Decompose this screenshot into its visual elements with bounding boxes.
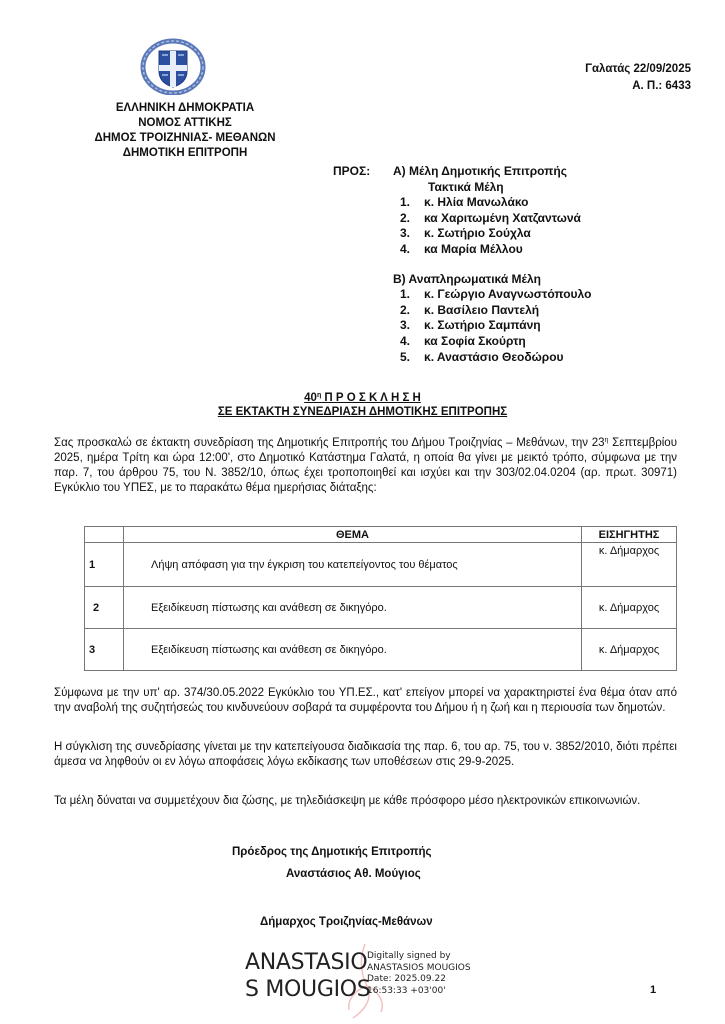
issuer-line: ΔΗΜΟΤΙΚΗ ΕΠΙΤΡΟΠΗ (82, 146, 288, 161)
group-a-title: Α) Μέλη Δημοτικής Επιτροπής (393, 164, 591, 180)
table-row: 3 Εξειδίκευση πίστωσης και ανάθεση σε δι… (85, 629, 677, 671)
digital-signature-info[interactable]: Digitally signed by ANASTASIOS MOUGIOS D… (367, 951, 471, 997)
table-row: 1 Λήψη απόφαση για την έγκριση του κατεπ… (85, 543, 677, 587)
body-paragraph: Η σύγκλιση της συνεδρίασης γίνεται με τη… (54, 740, 677, 770)
page-number: 1 (650, 984, 656, 996)
list-item: 2.κα Χαριτωμένη Χατζαντωνά (393, 211, 591, 227)
issuer-line: ΔΗΜΟΣ ΤΡΟΙΖΗΝΙΑΣ- ΜΕΘΑΝΩΝ (82, 131, 288, 146)
list-item: 1.κ. Γεώργιο Αναγνωστόπουλο (393, 287, 591, 303)
issuer-block: ΕΛΛΗΝΙΚΗ ΔΗΜΟΚΡΑΤΙΑ ΝΟΜΟΣ ΑΤΤΙΚΗΣ ΔΗΜΟΣ … (82, 101, 288, 161)
body-paragraph: Τα μέλη δύναται να συμμετέχουν δια ζώσης… (54, 794, 677, 809)
signatory-role: Πρόεδρος της Δημοτικής Επιτροπής (232, 846, 432, 858)
signatory-name: Αναστάσιος Αθ. Μούγιος (286, 868, 421, 880)
issuer-line: ΕΛΛΗΝΙΚΗ ΔΗΜΟΚΡΑΤΙΑ (82, 101, 288, 116)
document-title: 40η Π Ρ Ο Σ Κ Λ Η Σ Η ΣΕ ΕΚΤΑΚΤΗ ΣΥΝΕΔΡΙ… (0, 391, 725, 419)
recipients-label: ΠΡΟΣ: (333, 164, 370, 178)
issuer-line: ΝΟΜΟΣ ΑΤΤΙΚΗΣ (82, 116, 288, 131)
body-paragraph: Σύμφωνα με την υπ' αρ. 374/30.05.2022 Εγ… (54, 686, 677, 716)
list-item: 1.κ. Ηλία Μανωλάκο (393, 195, 591, 211)
group-a-subtitle: Τακτικά Μέλη (393, 180, 591, 196)
agenda-table: ΘΕΜΑ ΕΙΣΗΓΗΤΗΣ 1 Λήψη απόφαση για την έγ… (84, 526, 677, 671)
list-item: 5.κ. Αναστάσιο Θεοδώρου (393, 350, 591, 366)
recipients-list: Α) Μέλη Δημοτικής Επιτροπής Τακτικά Μέλη… (393, 164, 591, 365)
list-item: 4.κα Σοφία Σκούρτη (393, 334, 591, 350)
list-item: 3.κ. Σωτήριο Σαμπάνη (393, 318, 591, 334)
protocol-number: Α. Π.: 6433 (585, 78, 691, 95)
table-row: 2 Εξειδίκευση πίστωσης και ανάθεση σε δι… (85, 587, 677, 629)
digital-signature-name[interactable]: ANASTASIO S MOUGIOS (245, 949, 370, 1003)
table-header-row: ΘΕΜΑ ΕΙΣΗΓΗΤΗΣ (85, 527, 677, 543)
list-item: 4.κα Μαρία Μέλλου (393, 242, 591, 258)
intro-paragraph: Σας προσκαλώ σε έκτακτη συνεδρίαση της Δ… (54, 436, 677, 496)
column-header-topic: ΘΕΜΑ (124, 527, 582, 543)
signatory-title: Δήμαρχος Τροιζηνίας-Μεθάνων (260, 916, 433, 928)
list-item: 2.κ. Βασίλειο Παντελή (393, 303, 591, 319)
greek-coat-of-arms-icon (140, 37, 206, 95)
column-header-rapporteur: ΕΙΣΗΓΗΤΗΣ (582, 527, 677, 543)
group-b-title: Β) Αναπληρωματικά Μέλη (393, 272, 591, 288)
place-date: Γαλατάς 22/09/2025 (585, 61, 691, 78)
list-item: 3.κ. Σωτήριο Σούχλα (393, 226, 591, 242)
date-protocol-block: Γαλατάς 22/09/2025 Α. Π.: 6433 (585, 61, 691, 95)
